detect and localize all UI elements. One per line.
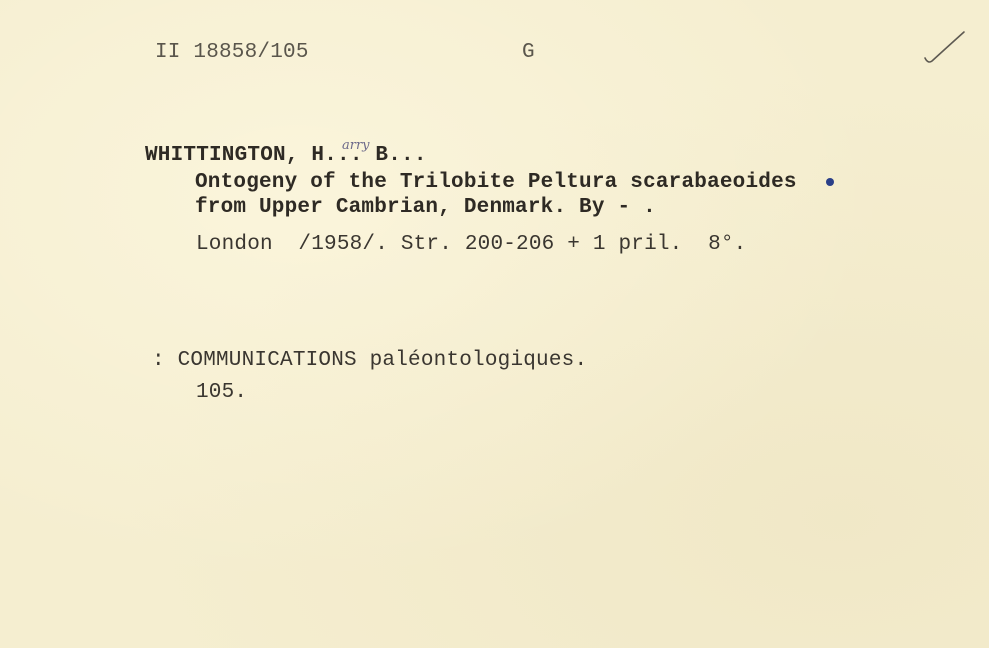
catalog-card: II 18858/105 G WHITTINGTON, H... B... ar…: [0, 0, 989, 648]
handwritten-annotation: arry: [342, 138, 370, 153]
title-line-2: from Upper Cambrian, Denmark. By - .: [195, 197, 656, 218]
location-code: G: [522, 42, 535, 63]
title-line-1: Ontogeny of the Trilobite Peltura scarab…: [195, 172, 797, 193]
series-number: 105.: [196, 382, 247, 403]
imprint: London /1958/. Str. 200-206 + 1 pril. 8°…: [196, 234, 747, 255]
ink-correction-mark: [826, 178, 834, 186]
author-heading: WHITTINGTON, H... B...: [145, 145, 427, 166]
series-statement: : COMMUNICATIONS paléontologiques.: [152, 350, 587, 371]
call-number: II 18858/105: [155, 42, 309, 63]
check-mark-icon: [922, 28, 968, 68]
